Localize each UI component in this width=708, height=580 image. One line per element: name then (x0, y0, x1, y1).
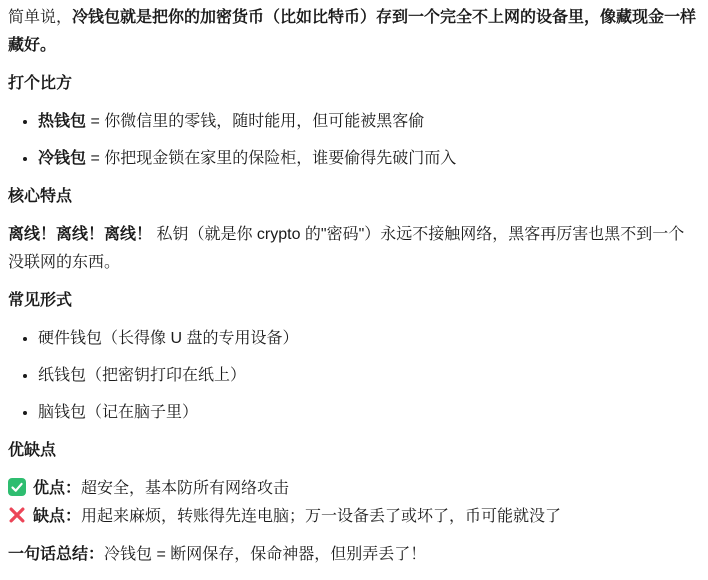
pros-text: 超安全，基本防所有网络攻击 (81, 480, 289, 497)
heading-core-features: 核心特点 (8, 183, 698, 211)
pros-line: 优点：超安全，基本防所有网络攻击 (8, 475, 698, 503)
intro-bold-text: 冷钱包就是把你的加密货币（比如比特币）存到一个完全不上网的设备里，像藏现金一样藏… (8, 9, 696, 54)
term-hot-wallet: 热钱包 (38, 113, 86, 130)
heading-analogy: 打个比方 (8, 70, 698, 98)
core-offline-bold: 离线！离线！离线！ (8, 226, 152, 243)
cons-text: 用起来麻烦，转账得先连电脑；万一设备丢了或坏了，币可能就没了 (81, 508, 561, 525)
cons-label: 缺点： (33, 508, 81, 525)
core-features-paragraph: 离线！离线！离线！ 私钥（就是你 crypto 的"密码"）永远不接触网络，黑客… (8, 221, 698, 277)
intro-paragraph: 简单说，冷钱包就是把你的加密货币（比如比特币）存到一个完全不上网的设备里，像藏现… (8, 4, 698, 60)
heading-common-forms: 常见形式 (8, 287, 698, 315)
pros-label: 优点： (33, 480, 81, 497)
heading-pros-cons: 优缺点 (8, 437, 698, 465)
summary-label: 一句话总结： (8, 546, 104, 563)
list-item-hardware-wallet: 硬件钱包（长得像 U 盘的专用设备） (38, 325, 698, 353)
check-icon (8, 478, 26, 496)
term-cold-wallet: 冷钱包 (38, 150, 86, 167)
list-item-paper-wallet: 纸钱包（把密钥打印在纸上） (38, 362, 698, 390)
list-item-hot-wallet: 热钱包 = 你微信里的零钱，随时能用，但可能被黑客偷 (38, 108, 698, 136)
list-item-brain-wallet: 脑钱包（记在脑子里） (38, 399, 698, 427)
term-hot-wallet-desc: = 你微信里的零钱，随时能用，但可能被黑客偷 (86, 113, 424, 130)
analogy-list: 热钱包 = 你微信里的零钱，随时能用，但可能被黑客偷 冷钱包 = 你把现金锁在家… (8, 108, 698, 173)
pros-cons-block: 优点：超安全，基本防所有网络攻击 缺点：用起来麻烦，转账得先连电脑；万一设备丢了… (8, 475, 698, 531)
common-forms-list: 硬件钱包（长得像 U 盘的专用设备） 纸钱包（把密钥打印在纸上） 脑钱包（记在脑… (8, 325, 698, 427)
summary-text: 冷钱包 = 断网保存，保命神器，但别弄丢了！ (104, 546, 426, 563)
summary-paragraph: 一句话总结：冷钱包 = 断网保存，保命神器，但别弄丢了！ (8, 541, 698, 569)
cons-line: 缺点：用起来麻烦，转账得先连电脑；万一设备丢了或坏了，币可能就没了 (8, 503, 698, 531)
cold-wallet-explainer: 简单说，冷钱包就是把你的加密货币（比如比特币）存到一个完全不上网的设备里，像藏现… (8, 4, 698, 569)
term-cold-wallet-desc: = 你把现金锁在家里的保险柜，谁要偷得先破门而入 (86, 150, 456, 167)
cross-icon (8, 506, 26, 524)
list-item-cold-wallet: 冷钱包 = 你把现金锁在家里的保险柜，谁要偷得先破门而入 (38, 145, 698, 173)
intro-prefix: 简单说， (8, 9, 72, 26)
